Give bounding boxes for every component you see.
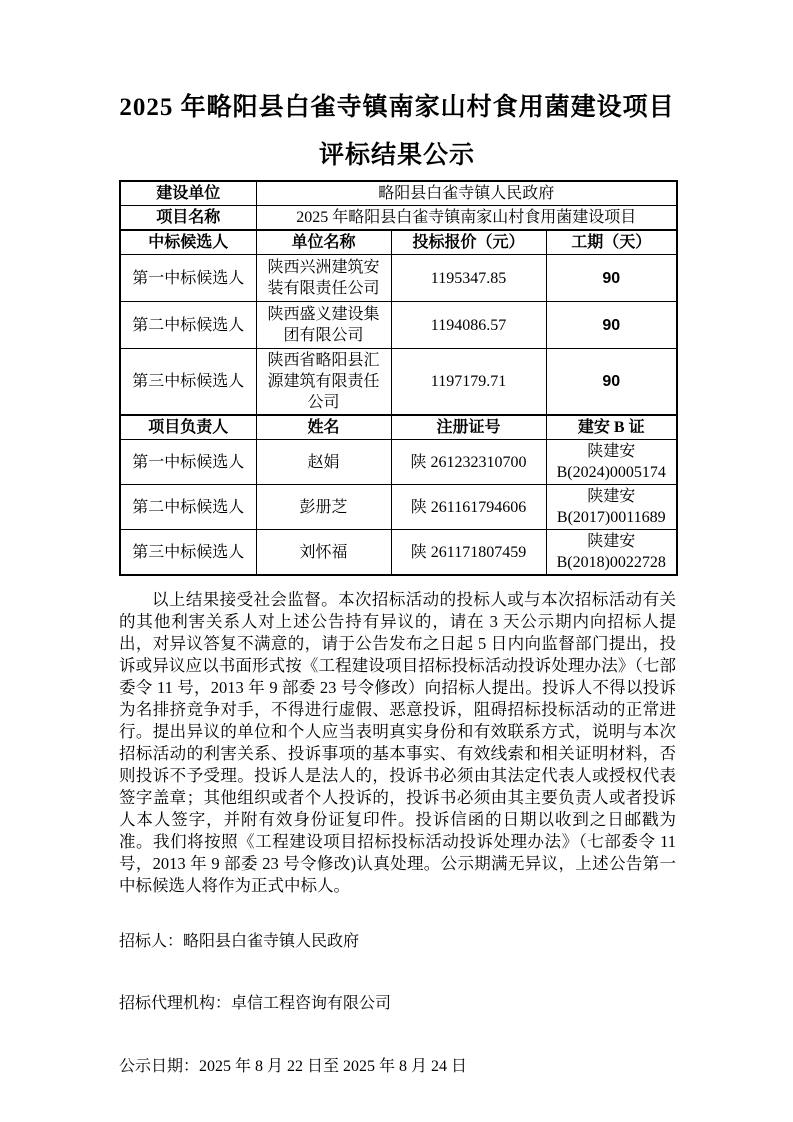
cell-rank: 第三中标候选人 [120, 530, 256, 576]
header-candidate: 中标候选人 [120, 230, 256, 255]
header-duration: 工期（天） [546, 230, 677, 255]
manager-row-3: 第三中标候选人 刘怀福 陕 261171807459 陕建安 B(2018)00… [120, 530, 677, 576]
cell-company: 陕西盛义建设集团有限公司 [256, 302, 391, 349]
announcement-page: 2025 年略阳县白雀寺镇南家山村食用菌建设项目 评标结果公示 建设单位 略阳县… [0, 0, 793, 1122]
cell-rank: 第二中标候选人 [120, 302, 256, 349]
evaluation-result-table: 建设单位 略阳县白雀寺镇人民政府 项目名称 2025 年略阳县白雀寺镇南家山村食… [119, 180, 678, 576]
page-title-line1: 2025 年略阳县白雀寺镇南家山村食用菌建设项目 [119, 84, 675, 132]
row-project-name: 项目名称 2025 年略阳县白雀寺镇南家山村食用菌建设项目 [120, 206, 677, 231]
header-jianan-b-cert: 建安 B 证 [546, 415, 677, 440]
cell-company: 陕西兴洲建筑安装有限责任公司 [256, 255, 391, 302]
cell-registration-no: 陕 261232310700 [391, 440, 546, 485]
cell-registration-no: 陕 261161794606 [391, 485, 546, 530]
header-bid-price: 投标报价（元） [391, 230, 546, 255]
header-project-manager: 项目负责人 [120, 415, 256, 440]
cell-person-name: 刘怀福 [256, 530, 391, 576]
row-construction-unit: 建设单位 略阳县白雀寺镇人民政府 [120, 181, 677, 206]
cell-duration: 90 [546, 255, 677, 302]
cell-price: 1195347.85 [391, 255, 546, 302]
header-company-name: 单位名称 [256, 230, 391, 255]
header-registration-no: 注册证号 [391, 415, 546, 440]
tenderer-line: 招标人：略阳县白雀寺镇人民政府 [119, 931, 676, 953]
supervision-notice-paragraph: 以上结果接受社会监督。本次招标活动的投标人或与本次招标活动有关的其他利害关系人对… [119, 589, 676, 897]
cell-construction-unit-label: 建设单位 [120, 181, 256, 206]
manager-row-1: 第一中标候选人 赵娟 陕 261232310700 陕建安 B(2024)000… [120, 440, 677, 485]
cell-cert-no: 陕建安 B(2017)0011689 [546, 485, 677, 530]
cell-cert-no: 陕建安 B(2024)0005174 [546, 440, 677, 485]
cell-rank: 第一中标候选人 [120, 255, 256, 302]
header-name: 姓名 [256, 415, 391, 440]
cell-rank: 第一中标候选人 [120, 440, 256, 485]
cell-person-name: 彭册芝 [256, 485, 391, 530]
cell-person-name: 赵娟 [256, 440, 391, 485]
cell-company: 陕西省略阳县汇源建筑有限责任公司 [256, 349, 391, 416]
cell-rank: 第三中标候选人 [120, 349, 256, 416]
bid-row-3: 第三中标候选人 陕西省略阳县汇源建筑有限责任公司 1197179.71 90 [120, 349, 677, 416]
row-manager-header: 项目负责人 姓名 注册证号 建安 B 证 [120, 415, 677, 440]
cell-duration: 90 [546, 349, 677, 416]
cell-rank: 第二中标候选人 [120, 485, 256, 530]
cell-duration: 90 [546, 302, 677, 349]
cell-cert-no: 陕建安 B(2018)0022728 [546, 530, 677, 576]
bidding-agency-line: 招标代理机构：卓信工程咨询有限公司 [119, 993, 676, 1015]
bid-row-1: 第一中标候选人 陕西兴洲建筑安装有限责任公司 1195347.85 90 [120, 255, 677, 302]
cell-price: 1197179.71 [391, 349, 546, 416]
cell-construction-unit-value: 略阳县白雀寺镇人民政府 [256, 181, 677, 206]
manager-row-2: 第二中标候选人 彭册芝 陕 261161794606 陕建安 B(2017)00… [120, 485, 677, 530]
cell-project-name-label: 项目名称 [120, 206, 256, 231]
publicity-period-line: 公示日期：2025 年 8 月 22 日至 2025 年 8 月 24 日 [119, 1056, 676, 1078]
cell-registration-no: 陕 261171807459 [391, 530, 546, 576]
cell-price: 1194086.57 [391, 302, 546, 349]
bid-row-2: 第二中标候选人 陕西盛义建设集团有限公司 1194086.57 90 [120, 302, 677, 349]
cell-project-name-value: 2025 年略阳县白雀寺镇南家山村食用菌建设项目 [256, 206, 677, 231]
row-bid-header: 中标候选人 单位名称 投标报价（元） 工期（天） [120, 230, 677, 255]
page-title-line2: 评标结果公示 [119, 132, 675, 180]
